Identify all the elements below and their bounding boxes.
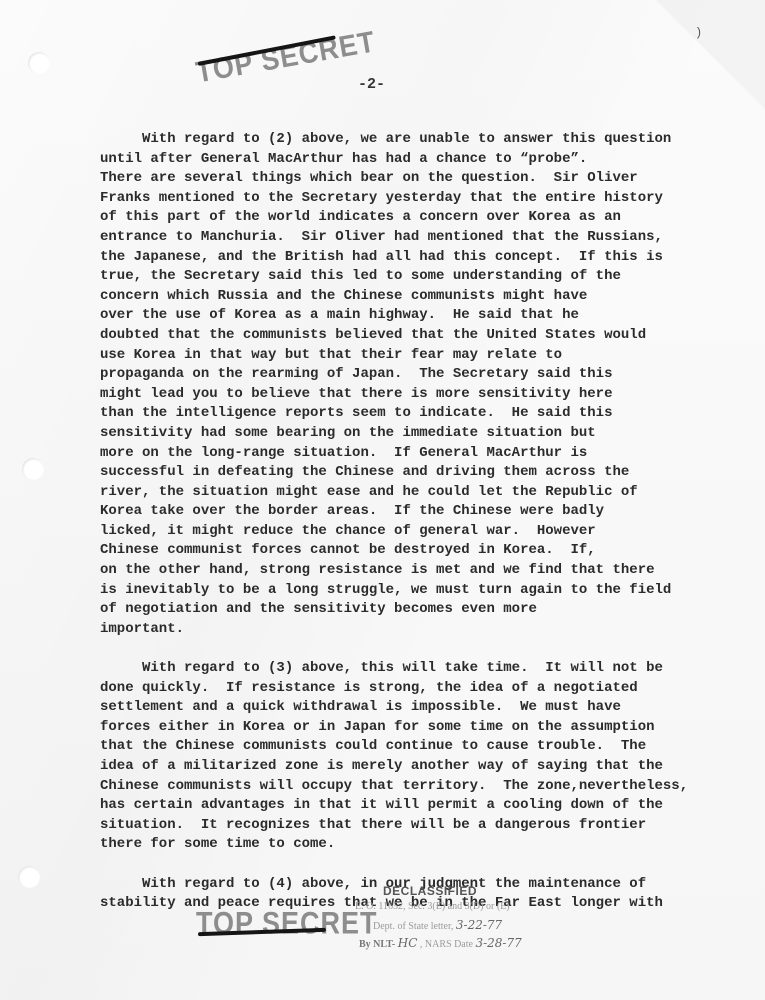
memo-line: With regard to (3) above, this will take… bbox=[100, 659, 680, 679]
paper-fold-shading bbox=[645, 0, 765, 120]
memo-line: concern which Russia and the Chinese com… bbox=[100, 287, 680, 307]
memo-line: of negotiation and the sensitivity becom… bbox=[100, 600, 680, 620]
memo-line: that the Chinese communists could contin… bbox=[100, 737, 680, 757]
memo-line: of this part of the world indicates a co… bbox=[100, 208, 680, 228]
memo-line: situation. It recognizes that there will… bbox=[100, 816, 680, 836]
nlt-initials: HC bbox=[398, 936, 418, 950]
punch-hole-middle bbox=[22, 458, 44, 480]
declassification-authority: E. O. 11652, Sec. 3(E) and 3(D) or (E) bbox=[355, 898, 585, 916]
memo-line: propaganda on the rearming of Japan. The… bbox=[100, 365, 680, 385]
memo-line: sensitivity had some bearing on the imme… bbox=[100, 424, 680, 444]
state-letter-line: Dept. of State letter, 3-22-77 bbox=[355, 916, 585, 934]
memo-line: on the other hand, strong resistance is … bbox=[100, 561, 680, 581]
top-secret-stamp-footer: TOP SECRET bbox=[196, 906, 378, 942]
memo-line: With regard to (2) above, we are unable … bbox=[100, 130, 680, 150]
memo-paragraph: With regard to (3) above, this will take… bbox=[100, 659, 680, 855]
nars-date-label: , NARS Date bbox=[420, 939, 473, 950]
memo-line: might lead you to believe that there is … bbox=[100, 385, 680, 405]
memo-line: use Korea in that way but that their fea… bbox=[100, 346, 680, 366]
nars-line: By NLT- HC , NARS Date 3-28-77 bbox=[355, 934, 585, 952]
memo-line: the Japanese, and the British had all ha… bbox=[100, 248, 680, 268]
memo-line: forces either in Korea or in Japan for s… bbox=[100, 718, 680, 738]
memo-line: river, the situation might ease and he c… bbox=[100, 483, 680, 503]
memo-line: is inevitably to be a long struggle, we … bbox=[100, 581, 680, 601]
memo-line: successful in defeating the Chinese and … bbox=[100, 463, 680, 483]
declassification-authority-text: E. O. 11652, Sec. 3(E) and 3(D) or (E) bbox=[355, 901, 510, 912]
memo-line: Chinese communists will occupy that terr… bbox=[100, 777, 680, 797]
memo-line: true, the Secretary said this led to som… bbox=[100, 267, 680, 287]
declassification-stamp: DECLASSIFIED E. O. 11652, Sec. 3(E) and … bbox=[355, 884, 585, 952]
memo-line: settlement and a quick withdrawal is imp… bbox=[100, 698, 680, 718]
memo-line: Korea take over the border areas. If the… bbox=[100, 502, 680, 522]
memo-line: idea of a militarized zone is merely ano… bbox=[100, 757, 680, 777]
memo-line: more on the long-range situation. If Gen… bbox=[100, 444, 680, 464]
memo-line: doubted that the communists believed tha… bbox=[100, 326, 680, 346]
corner-handwritten-mark: ) bbox=[695, 26, 702, 40]
memo-line: done quickly. If resistance is strong, t… bbox=[100, 679, 680, 699]
memo-line: Chinese communist forces cannot be destr… bbox=[100, 541, 680, 561]
memo-line: until after General MacArthur has had a … bbox=[100, 150, 680, 170]
memo-line: Franks mentioned to the Secretary yester… bbox=[100, 189, 680, 209]
page-number: -2- bbox=[358, 76, 385, 93]
punch-hole-top bbox=[28, 52, 50, 74]
memo-paragraph: With regard to (2) above, we are unable … bbox=[100, 130, 680, 639]
memo-line: has certain advantages in that it will p… bbox=[100, 796, 680, 816]
memo-body-text: With regard to (2) above, we are unable … bbox=[100, 130, 680, 933]
punch-hole-bottom bbox=[18, 866, 40, 888]
state-letter-date: 3-22-77 bbox=[456, 918, 502, 932]
memo-line: licked, it might reduce the chance of ge… bbox=[100, 522, 680, 542]
nars-date: 3-28-77 bbox=[475, 936, 521, 950]
memo-line: there for some time to come. bbox=[100, 835, 680, 855]
declassified-title: DECLASSIFIED bbox=[383, 884, 585, 898]
document-page: ) TOP SECRET -2- With regard to (2) abov… bbox=[0, 0, 765, 1000]
memo-line: important. bbox=[100, 620, 680, 640]
memo-line: than the intelligence reports seem to in… bbox=[100, 404, 680, 424]
state-letter-label: Dept. of State letter, bbox=[373, 921, 453, 932]
memo-line: There are several things which bear on t… bbox=[100, 169, 680, 189]
memo-line: over the use of Korea as a main highway.… bbox=[100, 306, 680, 326]
memo-line: entrance to Manchuria. Sir Oliver had me… bbox=[100, 228, 680, 248]
nlt-label: By NLT- bbox=[359, 939, 395, 950]
